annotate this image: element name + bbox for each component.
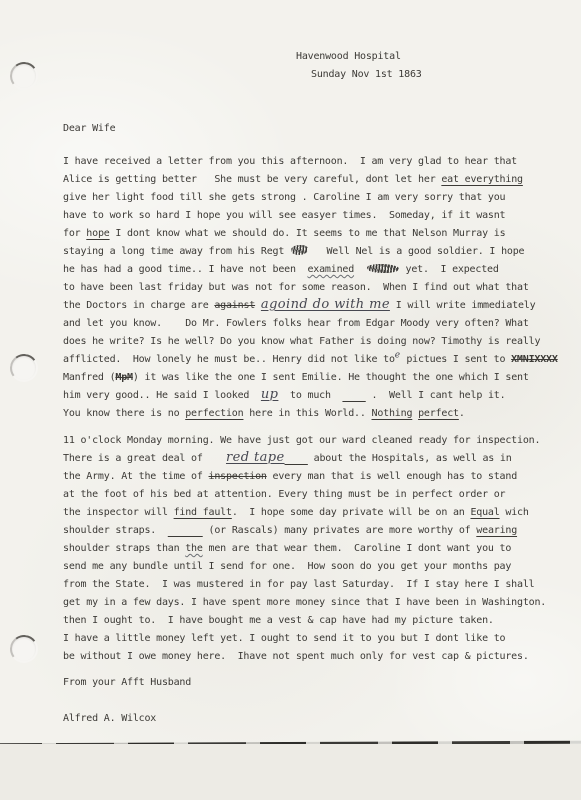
letter-line: Manfred (MpM) it was like the one I sent… <box>63 369 561 387</box>
letter-line: he has had a good time.. I have not been… <box>63 261 561 279</box>
emphasized-text: the <box>185 543 202 554</box>
emphasized-text: Nothing <box>372 408 413 419</box>
typewritten-text: every man that is well enough has to sta… <box>267 471 517 482</box>
emphasized-text: against <box>214 300 255 311</box>
letter-line: afflicted. How lonely he must be.. Henry… <box>63 351 561 369</box>
typewritten-text: I have a little money left yet. I ought … <box>63 633 505 644</box>
emphasized-text: Equal <box>470 507 499 518</box>
letter-paragraph: I have received a letter from you this a… <box>63 153 561 423</box>
emphasized-text: eat everything <box>441 174 523 185</box>
letter-line: to have been last friday but was not for… <box>63 279 561 297</box>
letter-line: then I ought to. I have bought me a vest… <box>63 612 561 630</box>
typewritten-text: give her light food till she gets strong… <box>63 192 505 203</box>
typewritten-text: from the State. I was mustered in for pa… <box>63 579 534 590</box>
emphasized-text <box>285 453 308 464</box>
letter-line: for hope I dont know what we should do. … <box>63 225 561 243</box>
emphasized-text: inspection <box>209 471 267 482</box>
emphasized-text: perfect <box>418 408 459 419</box>
letter-line: There is a great deal of red tape about … <box>63 450 561 468</box>
letter-line: have to work so hard I hope you will see… <box>63 207 561 225</box>
letter-line: be without I owe money here. Ihave not s… <box>63 648 561 666</box>
typewritten-text: I dont know what we should do. It seems … <box>110 228 506 239</box>
letter-line: shoulder straps than the men are that we… <box>63 540 561 558</box>
typewritten-text: Alice is getting better She must be very… <box>63 174 441 185</box>
scanner-background <box>0 744 581 800</box>
emphasized-text: examined <box>307 264 354 275</box>
emphasized-text <box>168 525 203 536</box>
typewritten-text <box>354 264 366 275</box>
letter-header: Havenwood Hospital Sunday Nov 1st 1863 <box>296 48 422 84</box>
typewritten-text: for <box>63 228 86 239</box>
letter-line: shoulder straps. (or Rascals) many priva… <box>63 522 561 540</box>
typewritten-text: the Doctors in charge are <box>63 300 214 311</box>
typewritten-text: be without I owe money here. Ihave not s… <box>63 651 529 662</box>
letter-line: the Doctors in charge are against agoind… <box>63 297 561 315</box>
scanned-letter-page: Havenwood Hospital Sunday Nov 1st 1863 D… <box>0 0 581 800</box>
typewritten-text: to much <box>278 390 342 401</box>
typewritten-text: about the Hospitals, as well as in <box>308 453 512 464</box>
letter-line: the Army. At the time of inspection ever… <box>63 468 561 486</box>
typewritten-text: him very good.. He said I looked <box>63 390 261 401</box>
letter-location: Havenwood Hospital <box>296 48 422 66</box>
typewritten-text: and let you know. Do Mr. Fowlers folks h… <box>63 318 529 329</box>
letter-line: 11 o'clock Monday morning. We have just … <box>63 432 561 450</box>
typewritten-text: Manfred ( <box>63 372 115 383</box>
typewritten-text: get my in a few days. I have spent more … <box>63 597 546 608</box>
letter-line: from the State. I was mustered in for pa… <box>63 576 561 594</box>
emphasized-text <box>342 390 365 401</box>
typewritten-text: at the foot of his bed at attention. Eve… <box>63 489 505 500</box>
typewritten-text: the Army. At the time of <box>63 471 209 482</box>
typewritten-text: ) it was like the one I sent Emilie. He … <box>133 372 529 383</box>
typewritten-text: . Well I cant help it. <box>366 390 506 401</box>
letter-line: him very good.. He said I looked up to m… <box>63 387 561 405</box>
typewritten-text: then I ought to. I have bought me a vest… <box>63 615 494 626</box>
typewritten-text: . <box>459 408 465 419</box>
typewritten-text: I will write immediately <box>390 300 536 311</box>
letter-line: give her light food till she gets strong… <box>63 189 561 207</box>
letter-paragraph: 11 o'clock Monday morning. We have just … <box>63 432 561 666</box>
typewritten-text: shoulder straps than <box>63 543 185 554</box>
handwritten-annotation: agoind do with me <box>261 297 390 312</box>
signature: Alfred A. Wilcox <box>63 710 156 728</box>
typewritten-text: does he write? Is he well? Do you know w… <box>63 336 540 347</box>
letter-line: I have a little money left yet. I ought … <box>63 630 561 648</box>
typewritten-text: shoulder straps. <box>63 525 168 536</box>
typewritten-text: have to work so hard I hope you will see… <box>63 210 505 221</box>
letter-line: get my in a few days. I have spent more … <box>63 594 561 612</box>
emphasized-text: perfection <box>185 408 243 419</box>
valediction: From your Afft Husband <box>63 674 191 692</box>
letter-line: I have received a letter from you this a… <box>63 153 561 171</box>
typewritten-text: pictues I sent to <box>401 354 512 365</box>
typewritten-text: . I hope some day private will be on an <box>232 507 471 518</box>
salutation: Dear Wife <box>63 120 115 138</box>
typewritten-text: There is a great deal of <box>63 453 226 464</box>
emphasized-text: wearing <box>476 525 517 536</box>
typewritten-text: wich <box>500 507 529 518</box>
ink-scribble <box>291 245 308 255</box>
letter-line: does he write? Is he well? Do you know w… <box>63 333 561 351</box>
letter-line: You know there is no perfection here in … <box>63 405 561 423</box>
emphasized-text: hope <box>86 228 109 239</box>
typewritten-text: afflicted. How lonely he must be.. Henry… <box>63 354 395 365</box>
letter-line: staying a long time away from his Regt W… <box>63 243 561 261</box>
typewritten-text: yet. I expected <box>400 264 499 275</box>
typewritten-text: to have been last friday but was not for… <box>63 282 529 293</box>
handwritten-annotation: up <box>261 387 279 402</box>
typewritten-text: staying a long time away from his Regt <box>63 246 290 257</box>
ink-scribble <box>367 264 399 273</box>
emphasized-text: XMNIXXXX <box>511 354 558 365</box>
typewritten-text: (or Rascals) many privates are more wort… <box>203 525 477 536</box>
letter-body: I have received a letter from you this a… <box>63 153 561 675</box>
typewritten-text: he has had a good time.. I have not been <box>63 264 307 275</box>
letter-date: Sunday Nov 1st 1863 <box>311 66 422 84</box>
emphasized-text: MpM <box>115 372 132 383</box>
letter-line: the inspector will find fault. I hope so… <box>63 504 561 522</box>
letter-line: send me any bundle until I send for one.… <box>63 558 561 576</box>
typewritten-text: I have received a letter from you this a… <box>63 156 517 167</box>
typewritten-text: You know there is no <box>63 408 185 419</box>
typewritten-text: Well Nel is a good soldier. I hope <box>309 246 524 257</box>
handwritten-annotation: red tape <box>226 450 285 465</box>
letter-line: Alice is getting better She must be very… <box>63 171 561 189</box>
typewritten-text: the inspector will <box>63 507 174 518</box>
emphasized-text: find fault <box>174 507 232 518</box>
letter-line: and let you know. Do Mr. Fowlers folks h… <box>63 315 561 333</box>
typewritten-text: 11 o'clock Monday morning. We have just … <box>63 435 540 446</box>
typewritten-text: here in this World.. <box>243 408 371 419</box>
typewritten-text: send me any bundle until I send for one.… <box>63 561 511 572</box>
typewritten-text: men are that wear them. Caroline I dont … <box>203 543 512 554</box>
letter-line: at the foot of his bed at attention. Eve… <box>63 486 561 504</box>
